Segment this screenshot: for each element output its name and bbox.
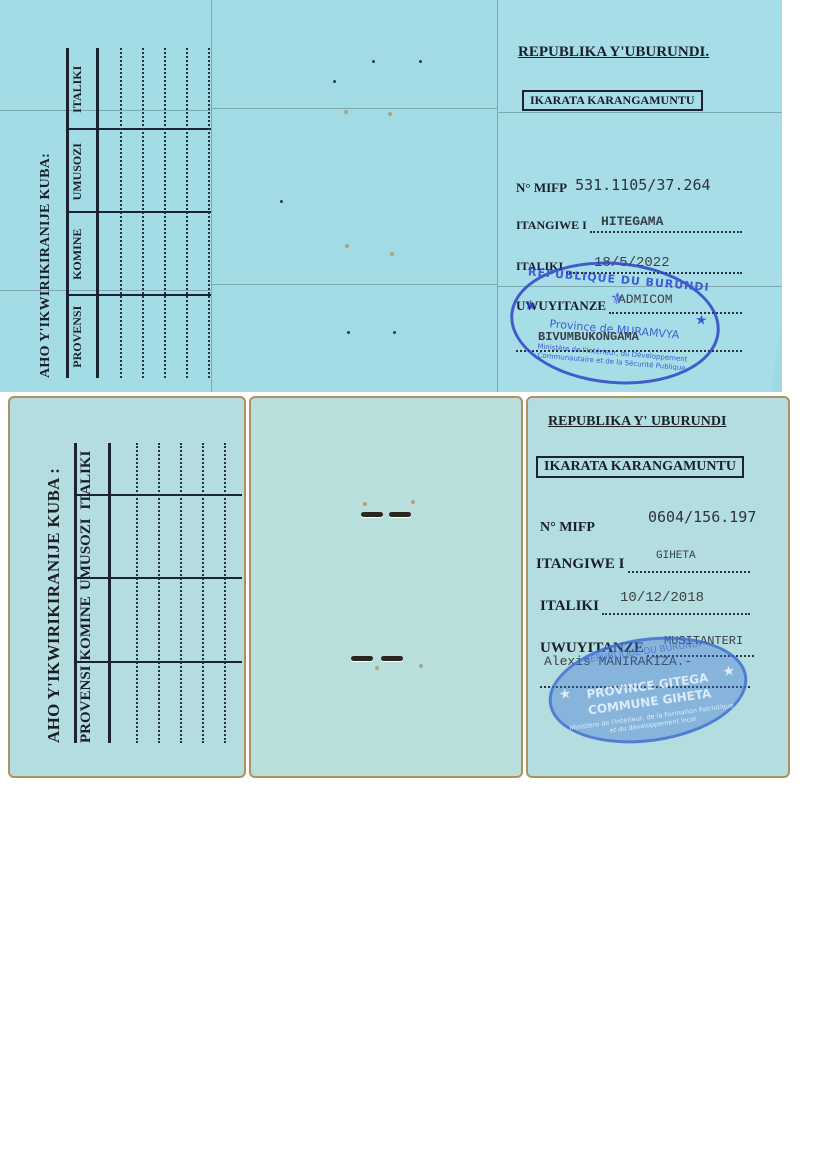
address-entry-line [120, 48, 122, 378]
column-header-komine: KOMINE [70, 213, 85, 296]
address-entry-line [208, 48, 210, 378]
issued-at-value: GIHETA [656, 550, 696, 562]
mifp-label: N° MIFP [540, 520, 595, 536]
card-2-blank-panel [249, 396, 523, 778]
column-header-provensi: PROVENSI [70, 296, 85, 379]
column-header-komine: KOMINE [78, 591, 95, 665]
column-header-umusozi: UMUSOZI [78, 517, 95, 591]
mifp-value: 0604/156.197 [648, 508, 756, 526]
card-type-box: IKARATA KARANGAMUNTU [536, 456, 744, 478]
table-rule [96, 48, 99, 378]
republic-heading: REPUBLIKA Y'UBURUNDI. [518, 44, 709, 61]
address-entry-line [136, 443, 138, 743]
address-entry-line [186, 48, 188, 378]
card-1-blank-panel [212, 0, 498, 392]
address-entry-line [202, 443, 204, 743]
date-label: ITALIKI [540, 598, 599, 615]
address-entry-line [158, 443, 160, 743]
card-1-identity-panel: REPUBLIKA Y'UBURUNDI. IKARATA KARANGAMUN… [498, 0, 782, 392]
mifp-label: N° MIFP [516, 180, 567, 196]
card-2-identity-panel: REPUBLIKA Y' UBURUNDI IKARATA KARANGAMUN… [526, 396, 790, 778]
staple-slot [361, 512, 383, 517]
address-entry-line [164, 48, 166, 378]
staple-slot [351, 656, 373, 661]
card-1-address-panel: AHO Y'IKWIRIKIRANIJE KUBA: PROVENSI KOMI… [0, 0, 212, 392]
mifp-value: 531.1105/37.264 [575, 176, 710, 194]
table-rule [108, 443, 111, 743]
staple-slot [381, 656, 403, 661]
address-entry-line [224, 443, 226, 743]
date-value: 10/12/2018 [620, 590, 704, 606]
republic-heading: REPUBLIKA Y' UBURUNDI [548, 414, 726, 430]
id-card-2: AHO Y'IKWIRIKIRANIJE KUBA : PROVENSI KOM… [8, 396, 790, 778]
column-header-umusozi: UMUSOZI [70, 131, 85, 214]
table-rule [66, 48, 69, 378]
column-header-provensi: PROVENSI [78, 665, 95, 743]
card-2-address-panel: AHO Y'IKWIRIKIRANIJE KUBA : PROVENSI KOM… [8, 396, 246, 778]
issued-at-label: ITANGIWE I [536, 556, 625, 573]
staple-slot [389, 512, 411, 517]
card-type-box: IKARATA KARANGAMUNTU [522, 90, 703, 111]
issued-at-label: ITANGIWE I [516, 218, 587, 233]
address-entry-line [180, 443, 182, 743]
address-entry-line [142, 48, 144, 378]
card-2-address-table: AHO Y'IKWIRIKIRANIJE KUBA : PROVENSI KOM… [32, 443, 242, 743]
column-header-italiki: ITALIKI [78, 443, 95, 517]
card-1-address-table: AHO Y'IKWIRIKIRANIJE KUBA: PROVENSI KOMI… [26, 48, 206, 378]
column-header-italiki: ITALIKI [70, 48, 85, 131]
address-title: AHO Y'IKWIRIKIRANIJE KUBA: [38, 153, 54, 378]
table-rule [74, 443, 77, 743]
id-card-1: AHO Y'IKWIRIKIRANIJE KUBA: PROVENSI KOMI… [0, 0, 782, 392]
address-title: AHO Y'IKWIRIKIRANIJE KUBA : [44, 468, 64, 743]
issued-at-value: HITEGAMA [601, 214, 663, 229]
